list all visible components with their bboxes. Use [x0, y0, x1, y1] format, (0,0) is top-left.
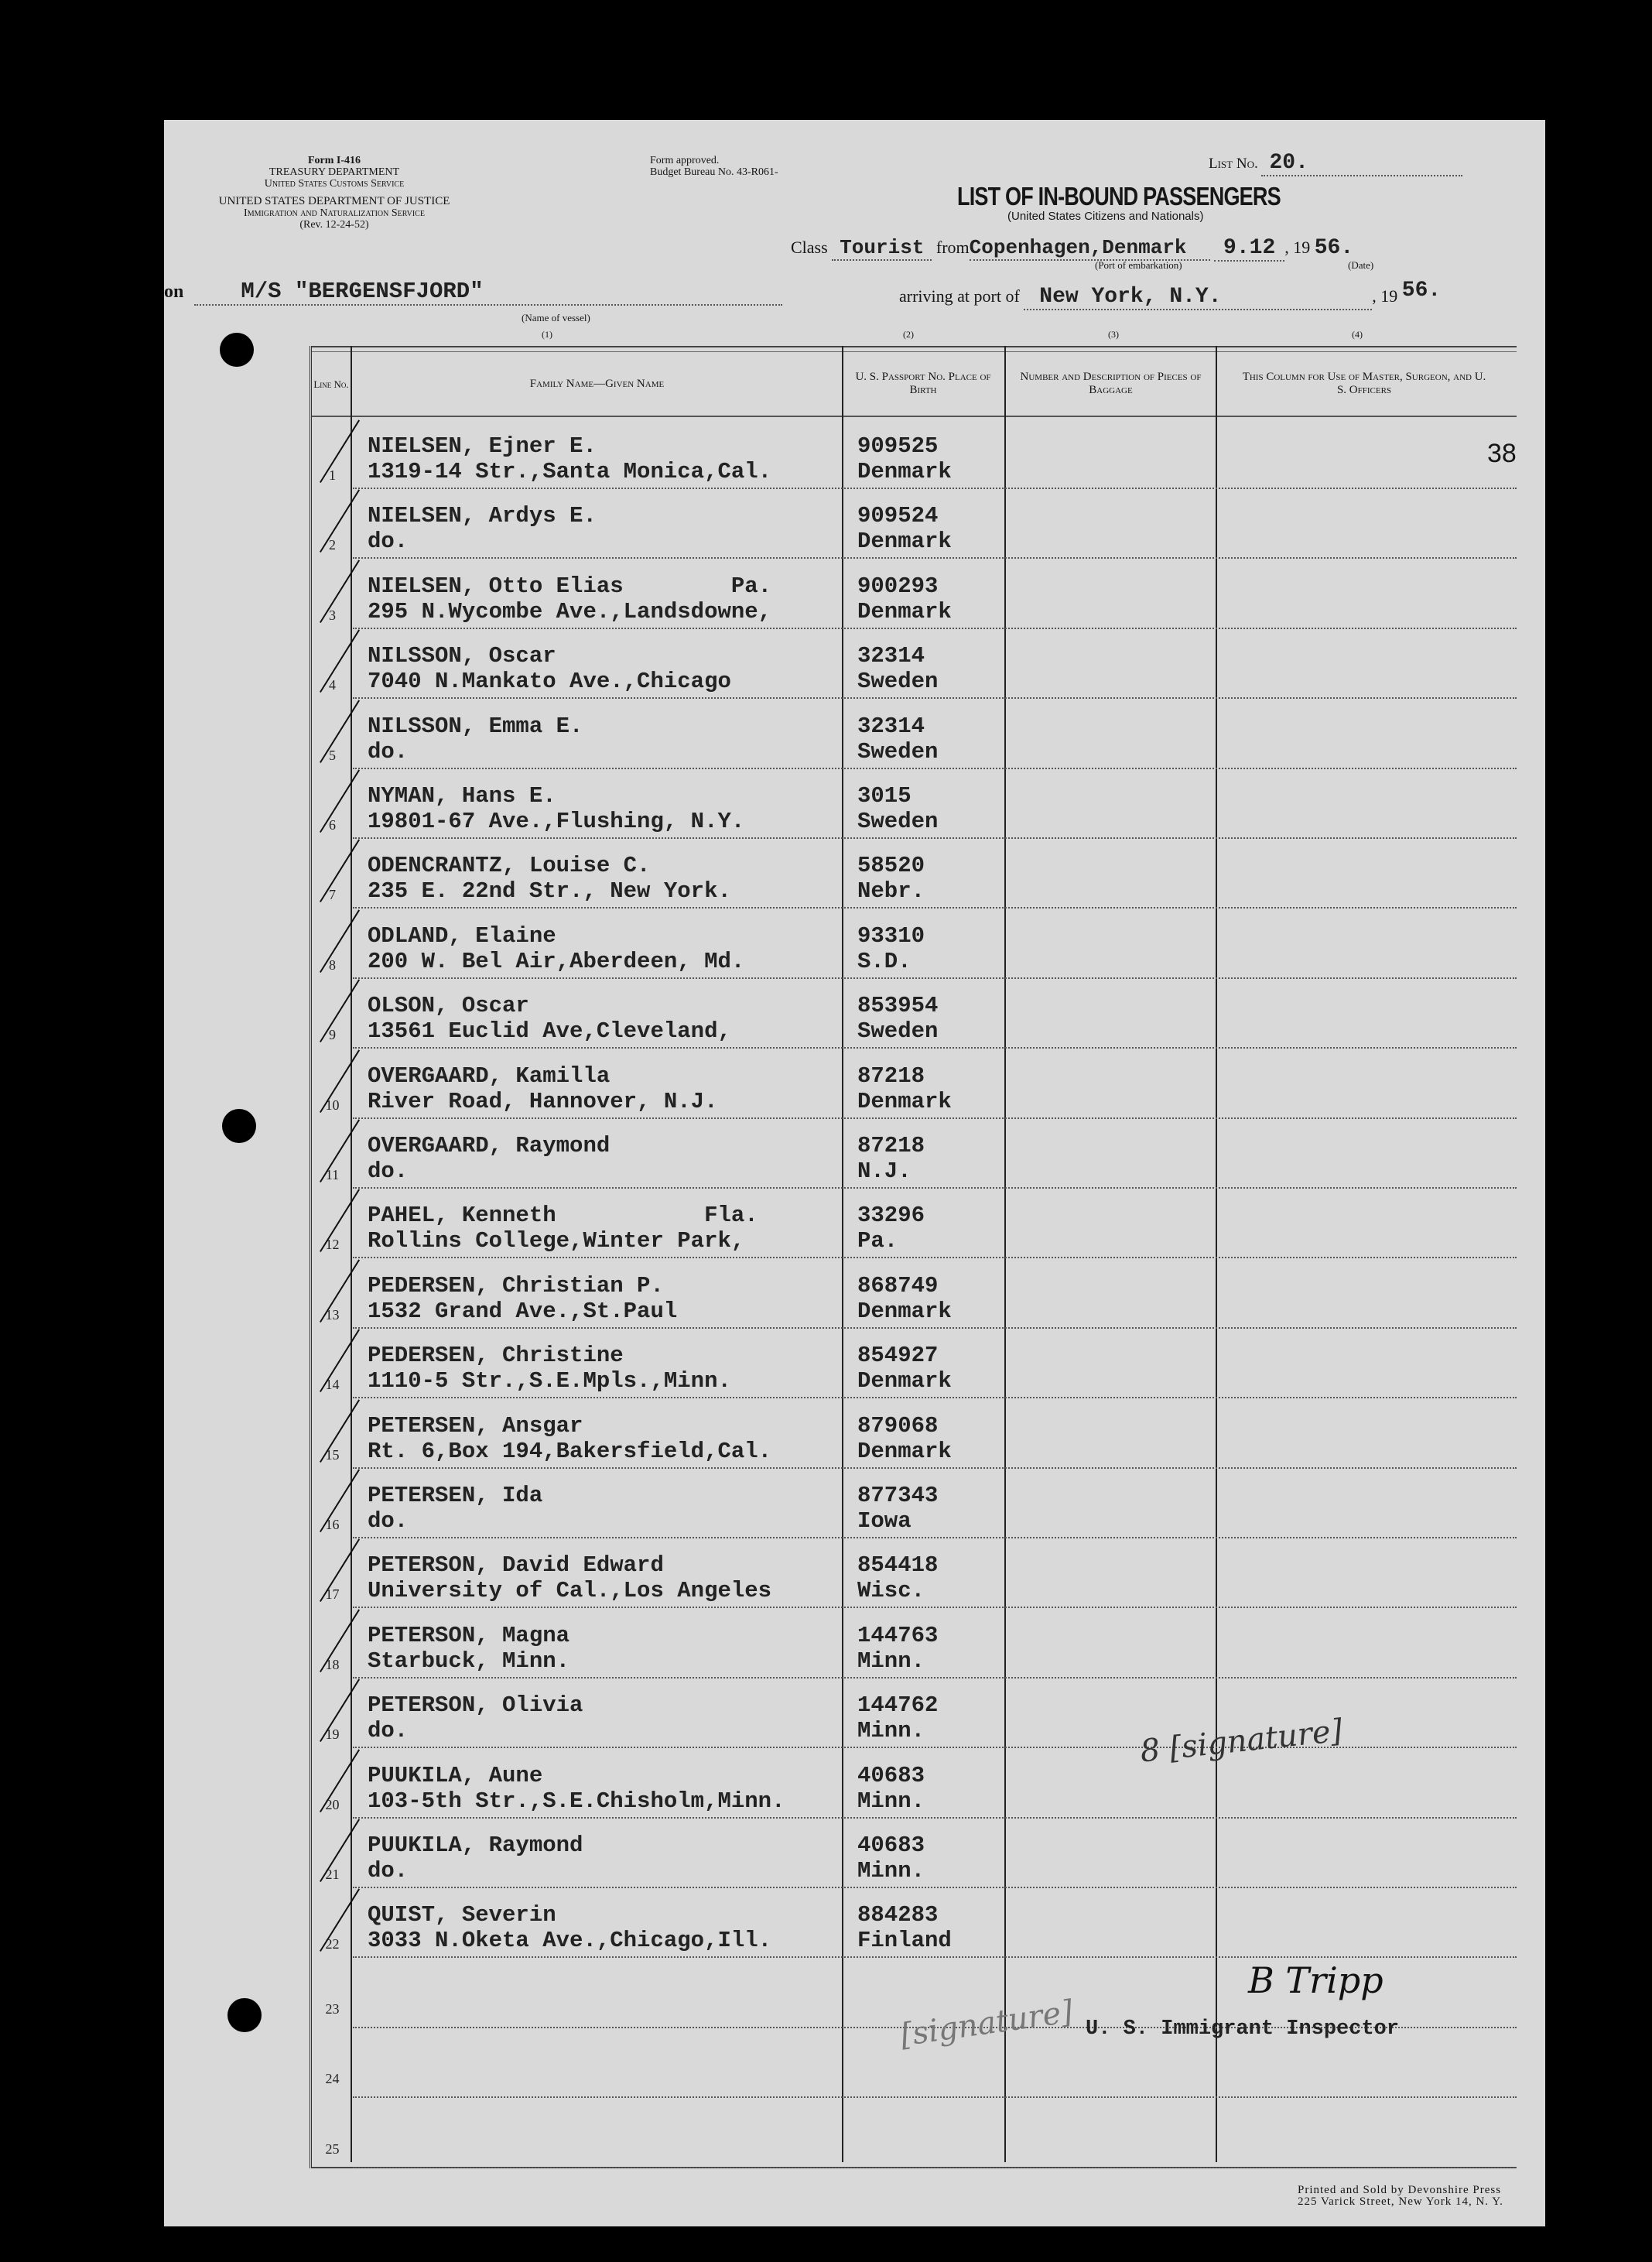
passport-number: 868749	[857, 1273, 952, 1299]
year-prefix: , 19	[1284, 238, 1310, 257]
passenger-name-cell: NIELSEN, Ejner E.1319-14 Str.,Santa Moni…	[368, 433, 771, 484]
line-number: 24	[312, 2071, 353, 2087]
passenger-name-cell: OLSON, Oscar13561 Euclid Ave,Cleveland,	[368, 993, 731, 1044]
line-number: 3	[312, 607, 353, 624]
arrival-port: New York, N.Y.	[1039, 285, 1221, 309]
passport-cell: 868749Denmark	[857, 1273, 952, 1324]
passenger-name-cell: NIELSEN, Ardys E.do.	[368, 503, 597, 554]
line-number: 1	[312, 467, 353, 484]
place-of-birth: Wisc.	[857, 1578, 938, 1603]
table-row: 22QUIST, Severin3033 N.Oketa Ave.,Chicag…	[312, 1888, 1517, 1958]
vessel-name: M/S "BERGENSFJORD"	[241, 279, 483, 304]
vessel-line: on M/S "BERGENSFJORD"	[164, 279, 782, 306]
line-number: 17	[312, 1586, 353, 1603]
place-of-birth: Sweden	[857, 809, 938, 834]
passenger-address: Starbuck, Minn.	[368, 1648, 569, 1674]
passenger-name-cell: NILSSON, Oscar7040 N.Mankato Ave.,Chicag…	[368, 643, 731, 694]
passport-cell: 854418Wisc.	[857, 1552, 938, 1603]
line-number: 9	[312, 1027, 353, 1043]
passenger-address: do.	[368, 529, 597, 554]
place-of-birth: Sweden	[857, 739, 938, 765]
passenger-name-cell: PUUKILA, Raymonddo.	[368, 1833, 583, 1884]
table-row: 14PEDERSEN, Christine1110-5 Str.,S.E.Mpl…	[312, 1329, 1517, 1398]
passenger-address: University of Cal.,Los Angeles	[368, 1578, 771, 1603]
passport-number: 854927	[857, 1343, 952, 1368]
table-row: 2NIELSEN, Ardys E.do.909524Denmark	[312, 489, 1517, 559]
passenger-address: do.	[368, 1158, 610, 1184]
punch-hole	[222, 1109, 256, 1143]
place-of-birth: Denmark	[857, 1089, 952, 1114]
line-number: 19	[312, 1726, 353, 1743]
passport-number: 87218	[857, 1063, 952, 1089]
passenger-name: PAHEL, Kenneth Fla.	[368, 1203, 758, 1228]
passenger-name: PETERSEN, Ida	[368, 1483, 542, 1508]
header-officers: This Column for Use of Master, Surgeon, …	[1240, 352, 1488, 416]
agency-block: Form I-416 TREASURY DEPARTMENT United St…	[164, 155, 504, 231]
line-number: 14	[312, 1377, 353, 1393]
col-num-3: (3)	[1108, 329, 1119, 340]
table-row: 6NYMAN, Hans E.19801-67 Ave.,Flushing, N…	[312, 769, 1517, 839]
passenger-name-cell: PETERSEN, Idado.	[368, 1483, 542, 1534]
place-of-birth: Denmark	[857, 1368, 952, 1394]
place-of-birth: Denmark	[857, 599, 952, 625]
passenger-address: 13561 Euclid Ave,Cleveland,	[368, 1018, 731, 1044]
place-of-birth: Minn.	[857, 1858, 925, 1884]
passport-number: 40683	[857, 1833, 925, 1858]
passport-cell: 909525Denmark	[857, 433, 952, 484]
passport-cell: 144762Minn.	[857, 1692, 938, 1744]
place-of-birth: Minn.	[857, 1648, 938, 1674]
col-num-2: (2)	[903, 329, 914, 340]
from-label: from	[936, 238, 970, 257]
passport-cell: 32314Sweden	[857, 643, 938, 694]
col-num-1: (1)	[542, 329, 552, 340]
table-row: 17PETERSON, David EdwardUniversity of Ca…	[312, 1538, 1517, 1608]
table-row: 8ODLAND, Elaine200 W. Bel Air,Aberdeen, …	[312, 909, 1517, 979]
passport-number: 32314	[857, 643, 938, 669]
passenger-address: do.	[368, 739, 583, 765]
passenger-name-cell: PEDERSEN, Christian P.1532 Grand Ave.,St…	[368, 1273, 677, 1324]
passport-number: 854418	[857, 1552, 938, 1578]
passport-cell: 144763Minn.	[857, 1623, 938, 1674]
punch-hole	[220, 333, 254, 367]
line-number: 10	[312, 1097, 353, 1114]
line-number: 2	[312, 537, 353, 553]
arriving-label: arriving at port of	[899, 286, 1020, 306]
passenger-name-cell: PETERSON, Oliviado.	[368, 1692, 583, 1744]
departure-year: 56.	[1315, 236, 1353, 260]
passport-number: 900293	[857, 573, 952, 599]
table-row: 15PETERSEN, AnsgarRt. 6,Box 194,Bakersfi…	[312, 1399, 1517, 1469]
place-of-birth: Denmark	[857, 1439, 952, 1464]
class-label: Class	[791, 238, 828, 257]
table-row: 10OVERGAARD, KamillaRiver Road, Hannover…	[312, 1049, 1517, 1119]
table-row: 1NIELSEN, Ejner E.1319-14 Str.,Santa Mon…	[312, 419, 1517, 489]
header-name: Family Name—Given Name	[352, 352, 842, 416]
list-number: 20.	[1269, 151, 1308, 175]
place-of-birth: Sweden	[857, 669, 938, 694]
passport-cell: 58520Nebr.	[857, 853, 925, 904]
departure-date: 9.12	[1214, 236, 1284, 262]
passport-cell: 877343Iowa	[857, 1483, 938, 1534]
passport-cell: 40683Minn.	[857, 1763, 925, 1814]
passport-cell: 40683Minn.	[857, 1833, 925, 1884]
line-number: 15	[312, 1447, 353, 1463]
passport-cell: 87218N.J.	[857, 1133, 925, 1184]
passenger-name: ODENCRANTZ, Louise C.	[368, 853, 731, 878]
passport-cell: 33296Pa.	[857, 1203, 925, 1254]
line-number: 7	[312, 887, 353, 903]
passenger-name: OLSON, Oscar	[368, 993, 731, 1018]
passport-number: 58520	[857, 853, 925, 878]
passenger-name-cell: NIELSEN, Otto Elias Pa.295 N.Wycombe Ave…	[368, 573, 771, 625]
table-row: 9OLSON, Oscar13561 Euclid Ave,Cleveland,…	[312, 979, 1517, 1049]
manifest-page: Form I-416 TREASURY DEPARTMENT United St…	[164, 120, 1545, 2226]
table-row: 20PUUKILA, Aune103-5th Str.,S.E.Chisholm…	[312, 1749, 1517, 1819]
passenger-name-cell: ODLAND, Elaine200 W. Bel Air,Aberdeen, M…	[368, 923, 744, 974]
passenger-address: 103-5th Str.,S.E.Chisholm,Minn.	[368, 1788, 785, 1814]
printer-line-2: 225 Varick Street, New York 14, N. Y.	[1298, 2196, 1503, 2208]
passenger-name-cell: PAHEL, Kenneth Fla.Rollins College,Winte…	[368, 1203, 758, 1254]
line-number: 18	[312, 1657, 353, 1673]
form-approved: Form approved.	[650, 155, 778, 166]
passenger-name-cell: OVERGAARD, KamillaRiver Road, Hannover, …	[368, 1063, 717, 1114]
document-subtitle: (United States Citizens and Nationals)	[1007, 210, 1203, 223]
budget-bureau: Budget Bureau No. 43-R061-	[650, 166, 778, 178]
passenger-name-cell: PETERSON, David EdwardUniversity of Cal.…	[368, 1552, 771, 1603]
punch-hole	[227, 1998, 262, 2032]
line-number: 4	[312, 677, 353, 693]
passenger-name: NYMAN, Hans E.	[368, 783, 744, 809]
justice-dept: UNITED STATES DEPARTMENT OF JUSTICE	[164, 196, 504, 207]
passenger-name: NILSSON, Emma E.	[368, 714, 583, 739]
table-row: 18PETERSON, MagnaStarbuck, Minn.144763Mi…	[312, 1609, 1517, 1679]
passport-number: 87218	[857, 1133, 925, 1158]
table-row: 12PAHEL, Kenneth Fla.Rollins College,Win…	[312, 1189, 1517, 1258]
line-number: 12	[312, 1237, 353, 1253]
passenger-name: OVERGAARD, Raymond	[368, 1133, 610, 1158]
date-caption: (Date)	[1348, 259, 1373, 272]
passenger-name: PEDERSEN, Christine	[368, 1343, 731, 1368]
passenger-name: PETERSON, Olivia	[368, 1692, 583, 1718]
table-row: 25	[312, 2099, 1517, 2168]
table-row: 3NIELSEN, Otto Elias Pa.295 N.Wycombe Av…	[312, 560, 1517, 629]
passenger-name: NIELSEN, Otto Elias Pa.	[368, 573, 771, 599]
passport-number: 93310	[857, 923, 925, 949]
passport-cell: 900293Denmark	[857, 573, 952, 625]
passport-cell: 854927Denmark	[857, 1343, 952, 1394]
place-of-birth: Denmark	[857, 1299, 952, 1324]
passport-number: 32314	[857, 714, 938, 739]
passport-cell: 32314Sweden	[857, 714, 938, 765]
passenger-name: QUIST, Severin	[368, 1902, 771, 1928]
list-number-field: List No. 20.	[1209, 151, 1462, 176]
place-of-birth: Denmark	[857, 459, 952, 484]
port-caption: (Port of embarkation)	[1095, 259, 1182, 272]
passenger-name: OVERGAARD, Kamilla	[368, 1063, 717, 1089]
place-of-birth: N.J.	[857, 1158, 925, 1184]
passenger-address: 1532 Grand Ave.,St.Paul	[368, 1299, 677, 1324]
line-number: 13	[312, 1307, 353, 1323]
printer-imprint: Printed and Sold by Devonshire Press 225…	[1298, 2185, 1503, 2208]
passenger-name-cell: PETERSON, MagnaStarbuck, Minn.	[368, 1623, 569, 1674]
header-line-no: Line No.	[312, 352, 351, 416]
passenger-address: 1319-14 Str.,Santa Monica,Cal.	[368, 459, 771, 484]
passenger-address: 19801-67 Ave.,Flushing, N.Y.	[368, 809, 744, 834]
line-number: 5	[312, 748, 353, 764]
passport-number: 879068	[857, 1413, 952, 1439]
revision: (Rev. 12-24-52)	[164, 219, 504, 231]
passport-number: 144763	[857, 1623, 938, 1648]
line-number: 6	[312, 817, 353, 833]
header-baggage: Number and Description of Pieces of Bagg…	[1016, 352, 1206, 416]
table-row: 11OVERGAARD, Raymonddo.87218N.J.	[312, 1119, 1517, 1189]
line-number: 8	[312, 957, 353, 974]
inspector-signature: B Tripp	[1248, 1959, 1384, 2001]
passenger-address: do.	[368, 1858, 583, 1884]
passenger-name-cell: QUIST, Severin3033 N.Oketa Ave.,Chicago,…	[368, 1902, 771, 1953]
passenger-name: PUUKILA, Raymond	[368, 1833, 583, 1858]
passport-number: 3015	[857, 783, 938, 809]
line-number: 21	[312, 1867, 353, 1883]
passenger-name-cell: OVERGAARD, Raymonddo.	[368, 1133, 610, 1184]
passport-cell: 87218Denmark	[857, 1063, 952, 1114]
table-row: 16PETERSEN, Idado.877343Iowa	[312, 1469, 1517, 1538]
passenger-name: PUUKILA, Aune	[368, 1763, 785, 1788]
passenger-address: 295 N.Wycombe Ave.,Landsdowne,	[368, 599, 771, 625]
passenger-address: 235 E. 22nd Str., New York.	[368, 878, 731, 904]
port-of-embarkation: Copenhagen,Denmark	[970, 236, 1210, 261]
passport-cell: 3015Sweden	[857, 783, 938, 834]
passenger-name-cell: ODENCRANTZ, Louise C.235 E. 22nd Str., N…	[368, 853, 731, 904]
passenger-name-cell: PETERSEN, AnsgarRt. 6,Box 194,Bakersfiel…	[368, 1413, 771, 1464]
col-num-4: (4)	[1352, 329, 1363, 340]
treasury-dept: TREASURY DEPARTMENT	[164, 166, 504, 178]
passport-cell: 884283Finland	[857, 1902, 952, 1953]
line-number: 11	[312, 1167, 353, 1183]
vessel-caption: (Name of vessel)	[522, 312, 590, 324]
customs-service: United States Customs Service	[164, 178, 504, 190]
printer-line-1: Printed and Sold by Devonshire Press	[1298, 2185, 1503, 2196]
arrival-line: arriving at port of New York, N.Y., 19 5…	[899, 285, 1441, 310]
passenger-name: ODLAND, Elaine	[368, 923, 744, 949]
class-value: Tourist	[832, 236, 932, 261]
passport-number: 909524	[857, 503, 952, 529]
passenger-name: PEDERSEN, Christian P.	[368, 1273, 677, 1299]
line-number: 16	[312, 1517, 353, 1533]
table-row: 7ODENCRANTZ, Louise C.235 E. 22nd Str., …	[312, 839, 1517, 909]
line-number: 25	[312, 2141, 353, 2158]
arrival-year: 56.	[1402, 279, 1441, 303]
place-of-birth: Sweden	[857, 1018, 938, 1044]
header-passport: U. S. Passport No. Place of Birth	[853, 352, 993, 416]
passenger-address: Rt. 6,Box 194,Bakersfield,Cal.	[368, 1439, 771, 1464]
passport-cell: 93310S.D.	[857, 923, 925, 974]
document-title: LIST OF IN-BOUND PASSENGERS	[957, 182, 1281, 211]
place-of-birth: Nebr.	[857, 878, 925, 904]
inspector-title: U. S. Immigrant Inspector	[1086, 2017, 1399, 2041]
passenger-name-cell: NYMAN, Hans E.19801-67 Ave.,Flushing, N.…	[368, 783, 744, 834]
passenger-name: NILSSON, Oscar	[368, 643, 731, 669]
place-of-birth: Pa.	[857, 1228, 925, 1254]
passport-number: 884283	[857, 1902, 952, 1928]
passenger-address: River Road, Hannover, N.J.	[368, 1089, 717, 1114]
passenger-name-cell: NILSSON, Emma E.do.	[368, 714, 583, 765]
place-of-birth: Denmark	[857, 529, 952, 554]
passenger-name: NIELSEN, Ardys E.	[368, 503, 597, 529]
passenger-address: do.	[368, 1508, 542, 1534]
passport-number: 40683	[857, 1763, 925, 1788]
passenger-name: NIELSEN, Ejner E.	[368, 433, 771, 459]
passenger-name-cell: PUUKILA, Aune103-5th Str.,S.E.Chisholm,M…	[368, 1763, 785, 1814]
approval-block: Form approved. Budget Bureau No. 43-R061…	[650, 155, 778, 178]
passenger-name: PETERSON, Magna	[368, 1623, 569, 1648]
passport-cell: 909524Denmark	[857, 503, 952, 554]
on-label: on	[164, 282, 183, 302]
place-of-birth: Finland	[857, 1928, 952, 1953]
table-row: 13PEDERSEN, Christian P.1532 Grand Ave.,…	[312, 1259, 1517, 1329]
passenger-address: 200 W. Bel Air,Aberdeen, Md.	[368, 949, 744, 974]
passenger-address: do.	[368, 1718, 583, 1744]
place-of-birth: Minn.	[857, 1788, 925, 1814]
passenger-address: 1110-5 Str.,S.E.Mpls.,Minn.	[368, 1368, 731, 1394]
passenger-name: PETERSEN, Ansgar	[368, 1413, 771, 1439]
passenger-address: 7040 N.Mankato Ave.,Chicago	[368, 669, 731, 694]
passport-cell: 853954Sweden	[857, 993, 938, 1044]
table-row: 5NILSSON, Emma E.do.32314Sweden	[312, 700, 1517, 769]
place-of-birth: Minn.	[857, 1718, 938, 1744]
table-row: 21PUUKILA, Raymonddo.40683Minn.	[312, 1819, 1517, 1888]
passport-number: 909525	[857, 433, 952, 459]
passenger-address: Rollins College,Winter Park,	[368, 1228, 758, 1254]
passport-number: 144762	[857, 1692, 938, 1718]
form-number: Form I-416	[164, 155, 504, 166]
ins-service: Immigration and Naturalization Service	[164, 207, 504, 219]
line-number: 22	[312, 1936, 353, 1952]
place-of-birth: Iowa	[857, 1508, 938, 1534]
passport-number: 853954	[857, 993, 938, 1018]
passport-cell: 879068Denmark	[857, 1413, 952, 1464]
line-number: 23	[312, 2001, 353, 2017]
passport-number: 877343	[857, 1483, 938, 1508]
passenger-table: Line No. Family Name—Given Name U. S. Pa…	[310, 346, 1517, 2168]
passenger-name-cell: PEDERSEN, Christine1110-5 Str.,S.E.Mpls.…	[368, 1343, 731, 1394]
line-number: 20	[312, 1797, 353, 1813]
place-of-birth: S.D.	[857, 949, 925, 974]
class-line: Class Tourist fromCopenhagen,Denmark 9.1…	[791, 236, 1353, 260]
year-prefix: , 19	[1372, 286, 1397, 306]
table-row: 4NILSSON, Oscar7040 N.Mankato Ave.,Chica…	[312, 629, 1517, 699]
passenger-name: PETERSON, David Edward	[368, 1552, 771, 1578]
passenger-address: 3033 N.Oketa Ave.,Chicago,Ill.	[368, 1928, 771, 1953]
list-label: List No.	[1209, 156, 1258, 172]
passport-number: 33296	[857, 1203, 925, 1228]
